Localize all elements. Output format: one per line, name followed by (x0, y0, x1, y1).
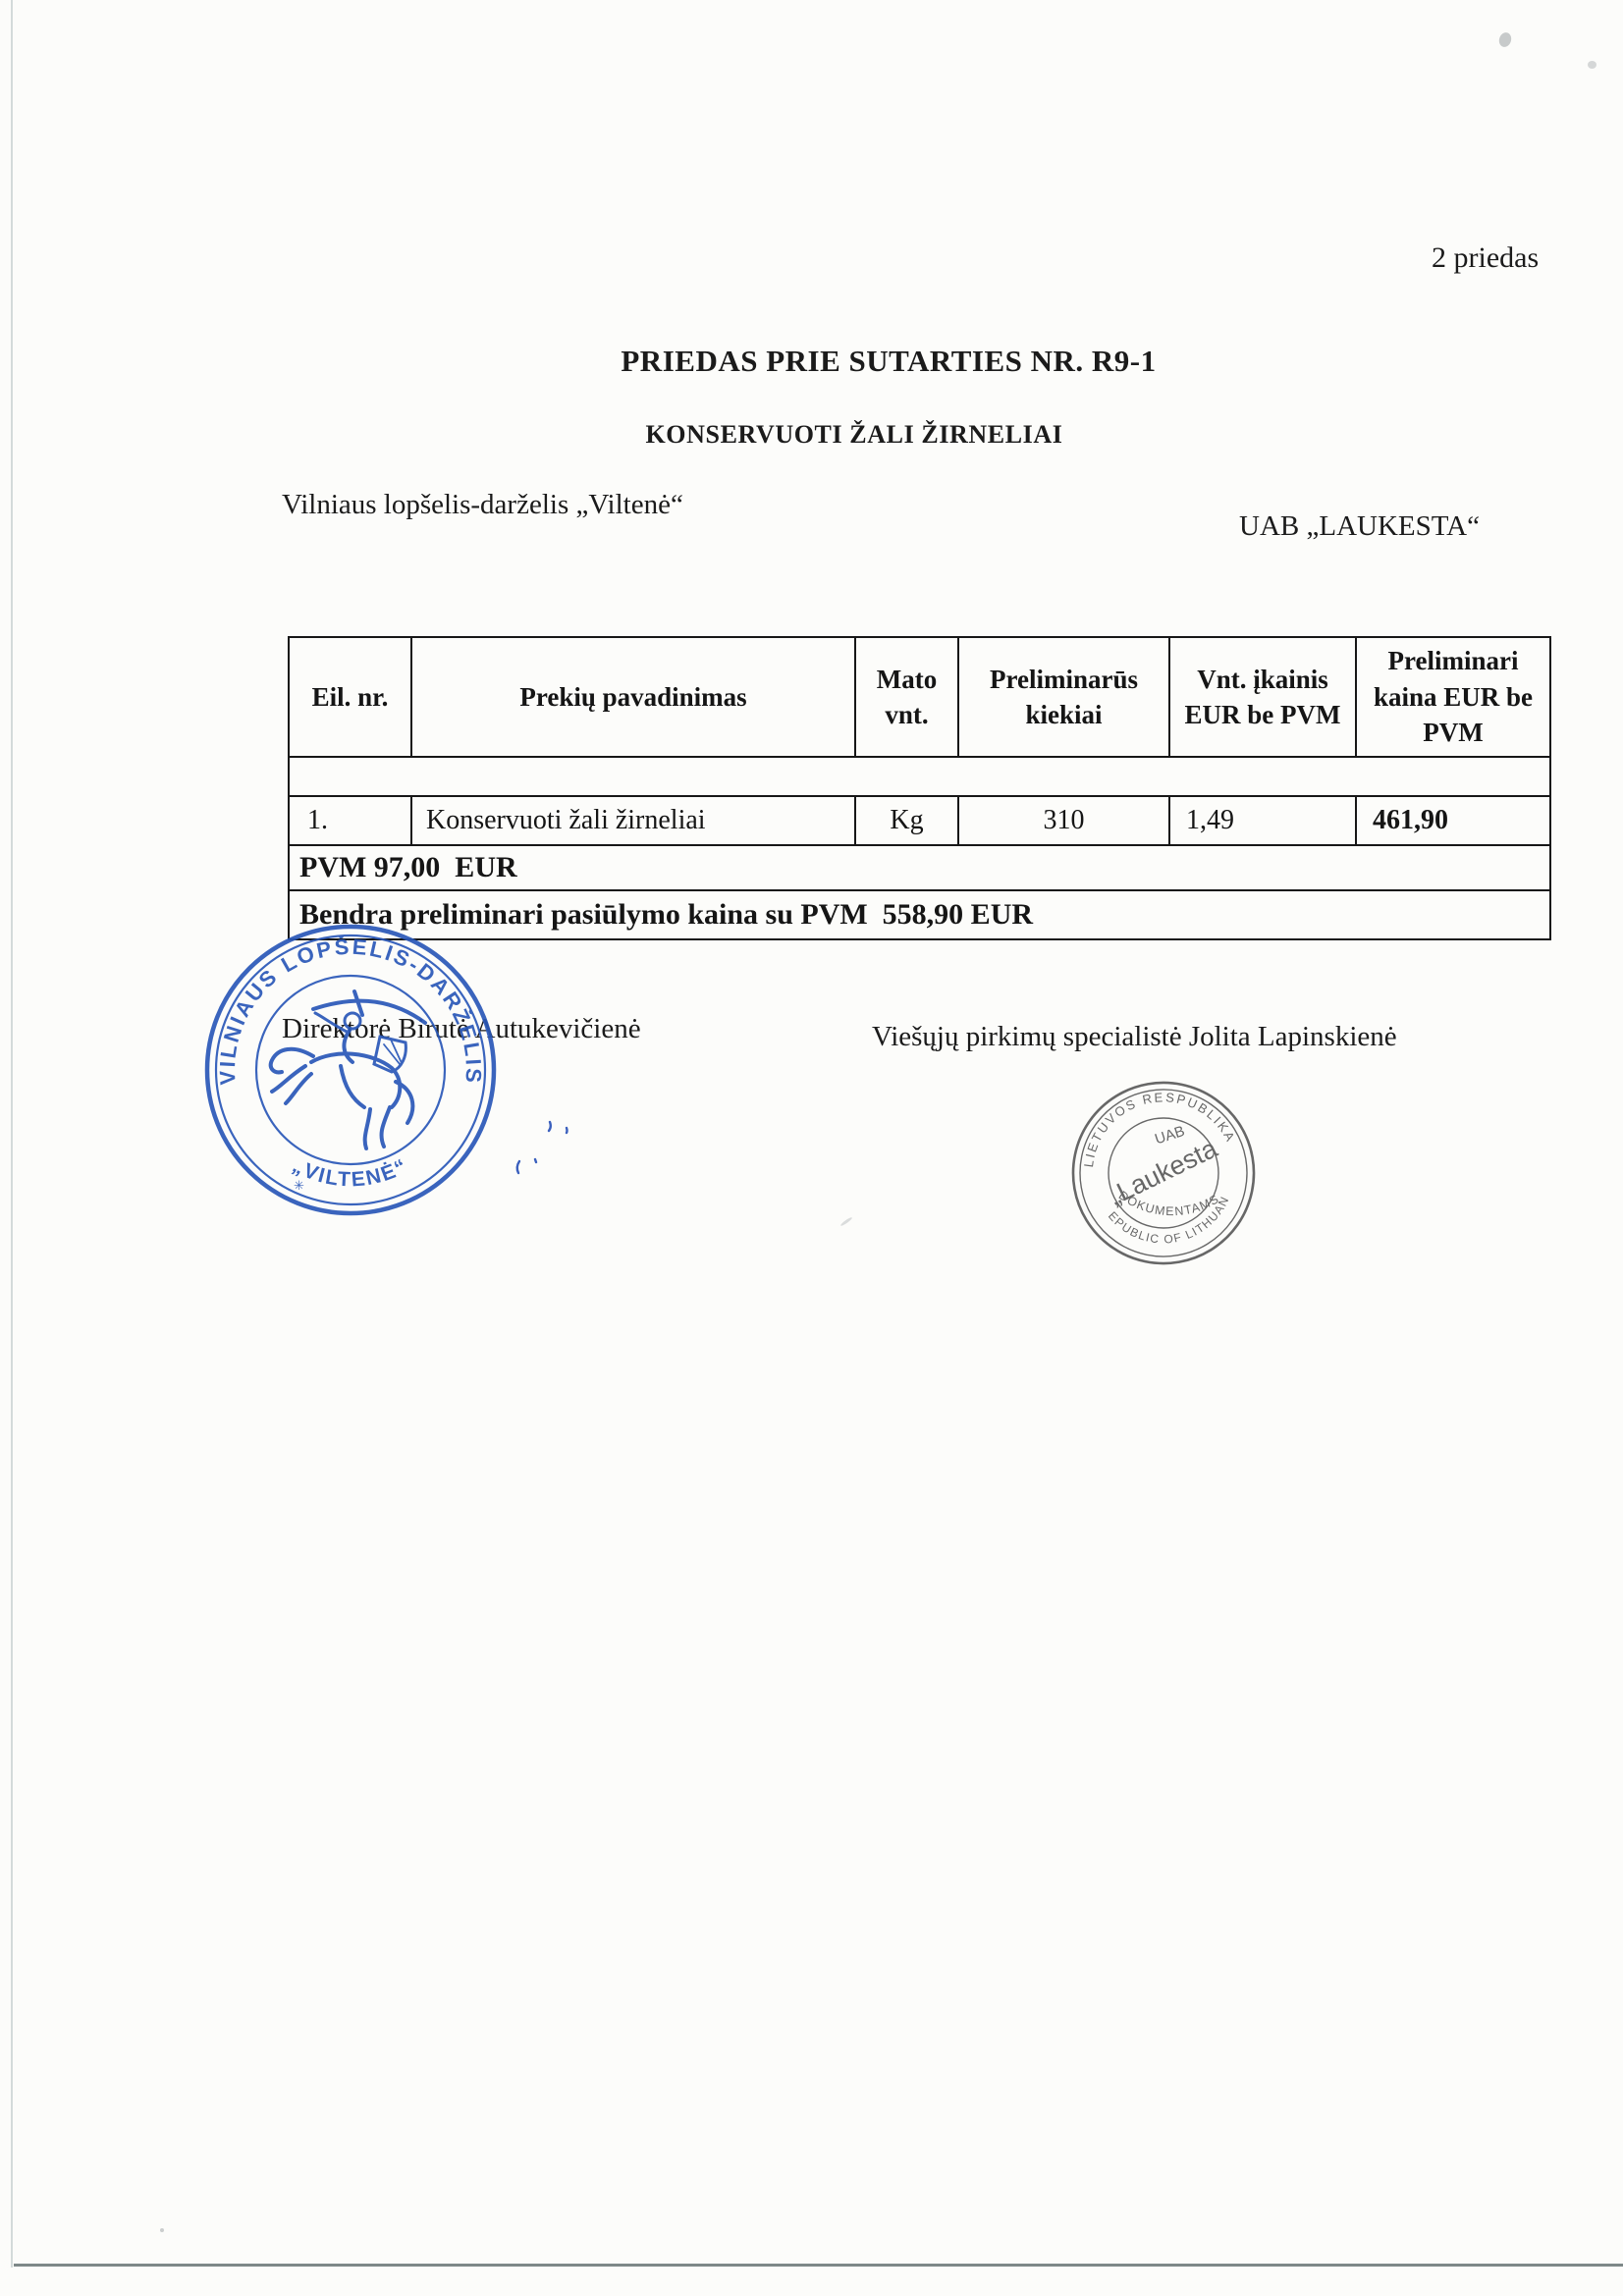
scan-edge-bottom (14, 2264, 1623, 2267)
scan-smudge (839, 1216, 852, 1226)
signature-specialist: Viešųjų pirkimų specialistė Jolita Lapin… (872, 1021, 1397, 1053)
document-subtitle: KONSERVUOTI ŽALI ŽIRNELIAI (412, 420, 1296, 450)
cell-kiekis: 310 (958, 796, 1169, 845)
party-supplier: UAB „LAUKESTA“ (1239, 510, 1480, 543)
stamp-ring-text-bottom: „VILTENĖ“ (289, 1154, 411, 1192)
cell-kaina: 461,90 (1356, 796, 1550, 845)
pen-marks (506, 1104, 604, 1193)
table-spacer-row (289, 757, 1550, 796)
vytis-knight-icon (271, 991, 425, 1148)
document-title: PRIEDAS PRIE SUTARTIES NR. R9-1 (447, 344, 1330, 379)
offer-table: Eil. nr. Prekių pavadinimas Mato vnt. Pr… (288, 636, 1551, 940)
col-header-kaina: Preliminari kaina EUR be PVM (1356, 637, 1550, 757)
vat-total-text: PVM 97,00 EUR (289, 845, 1550, 890)
scan-smudge (1588, 61, 1596, 69)
col-header-ikainis: Vnt. įkainis EUR be PVM (1169, 637, 1356, 757)
col-header-prekes: Prekių pavadinimas (411, 637, 855, 757)
party-buyer: Vilniaus lopšelis-darželis „Viltenė“ (282, 489, 683, 521)
scanned-document-page: 2 priedas PRIEDAS PRIE SUTARTIES NR. R9-… (0, 0, 1623, 2296)
cell-prekes: Konservuoti žali žirneliai (411, 796, 855, 845)
scan-edge-left (11, 0, 13, 2268)
col-header-kiekiai: Preliminarūs kiekiai (958, 637, 1169, 757)
cell-mato-vnt: Kg (855, 796, 958, 845)
kindergarten-stamp: VILNIAUS LOPŠELIS-DARŽELIS „VILTENĖ“ ✳ (198, 918, 503, 1222)
table-header-row: Eil. nr. Prekių pavadinimas Mato vnt. Pr… (289, 637, 1550, 757)
svg-text:„VILTENĖ“: „VILTENĖ“ (289, 1154, 411, 1192)
vat-total-row: PVM 97,00 EUR (289, 845, 1550, 890)
stamp-separator-mark: ✳ (294, 1178, 304, 1193)
stamp-inner-ring (256, 976, 445, 1164)
col-header-mato-vnt: Mato vnt. (855, 637, 958, 757)
annex-number: 2 priedas (1432, 241, 1539, 275)
laukesta-stamp: LIETUVOS RESPUBLIKA REPUBLIC OF LITHUANI… (1030, 1040, 1296, 1306)
scan-smudge (1497, 31, 1513, 49)
scan-smudge (160, 2228, 164, 2232)
table-row: 1. Konservuoti žali žirneliai Kg 310 1,4… (289, 796, 1550, 845)
col-header-eil-nr: Eil. nr. (289, 637, 411, 757)
stamp-uab-text: UAB (1153, 1123, 1187, 1148)
cell-ikainis: 1,49 (1169, 796, 1356, 845)
cell-eil-nr: 1. (289, 796, 411, 845)
